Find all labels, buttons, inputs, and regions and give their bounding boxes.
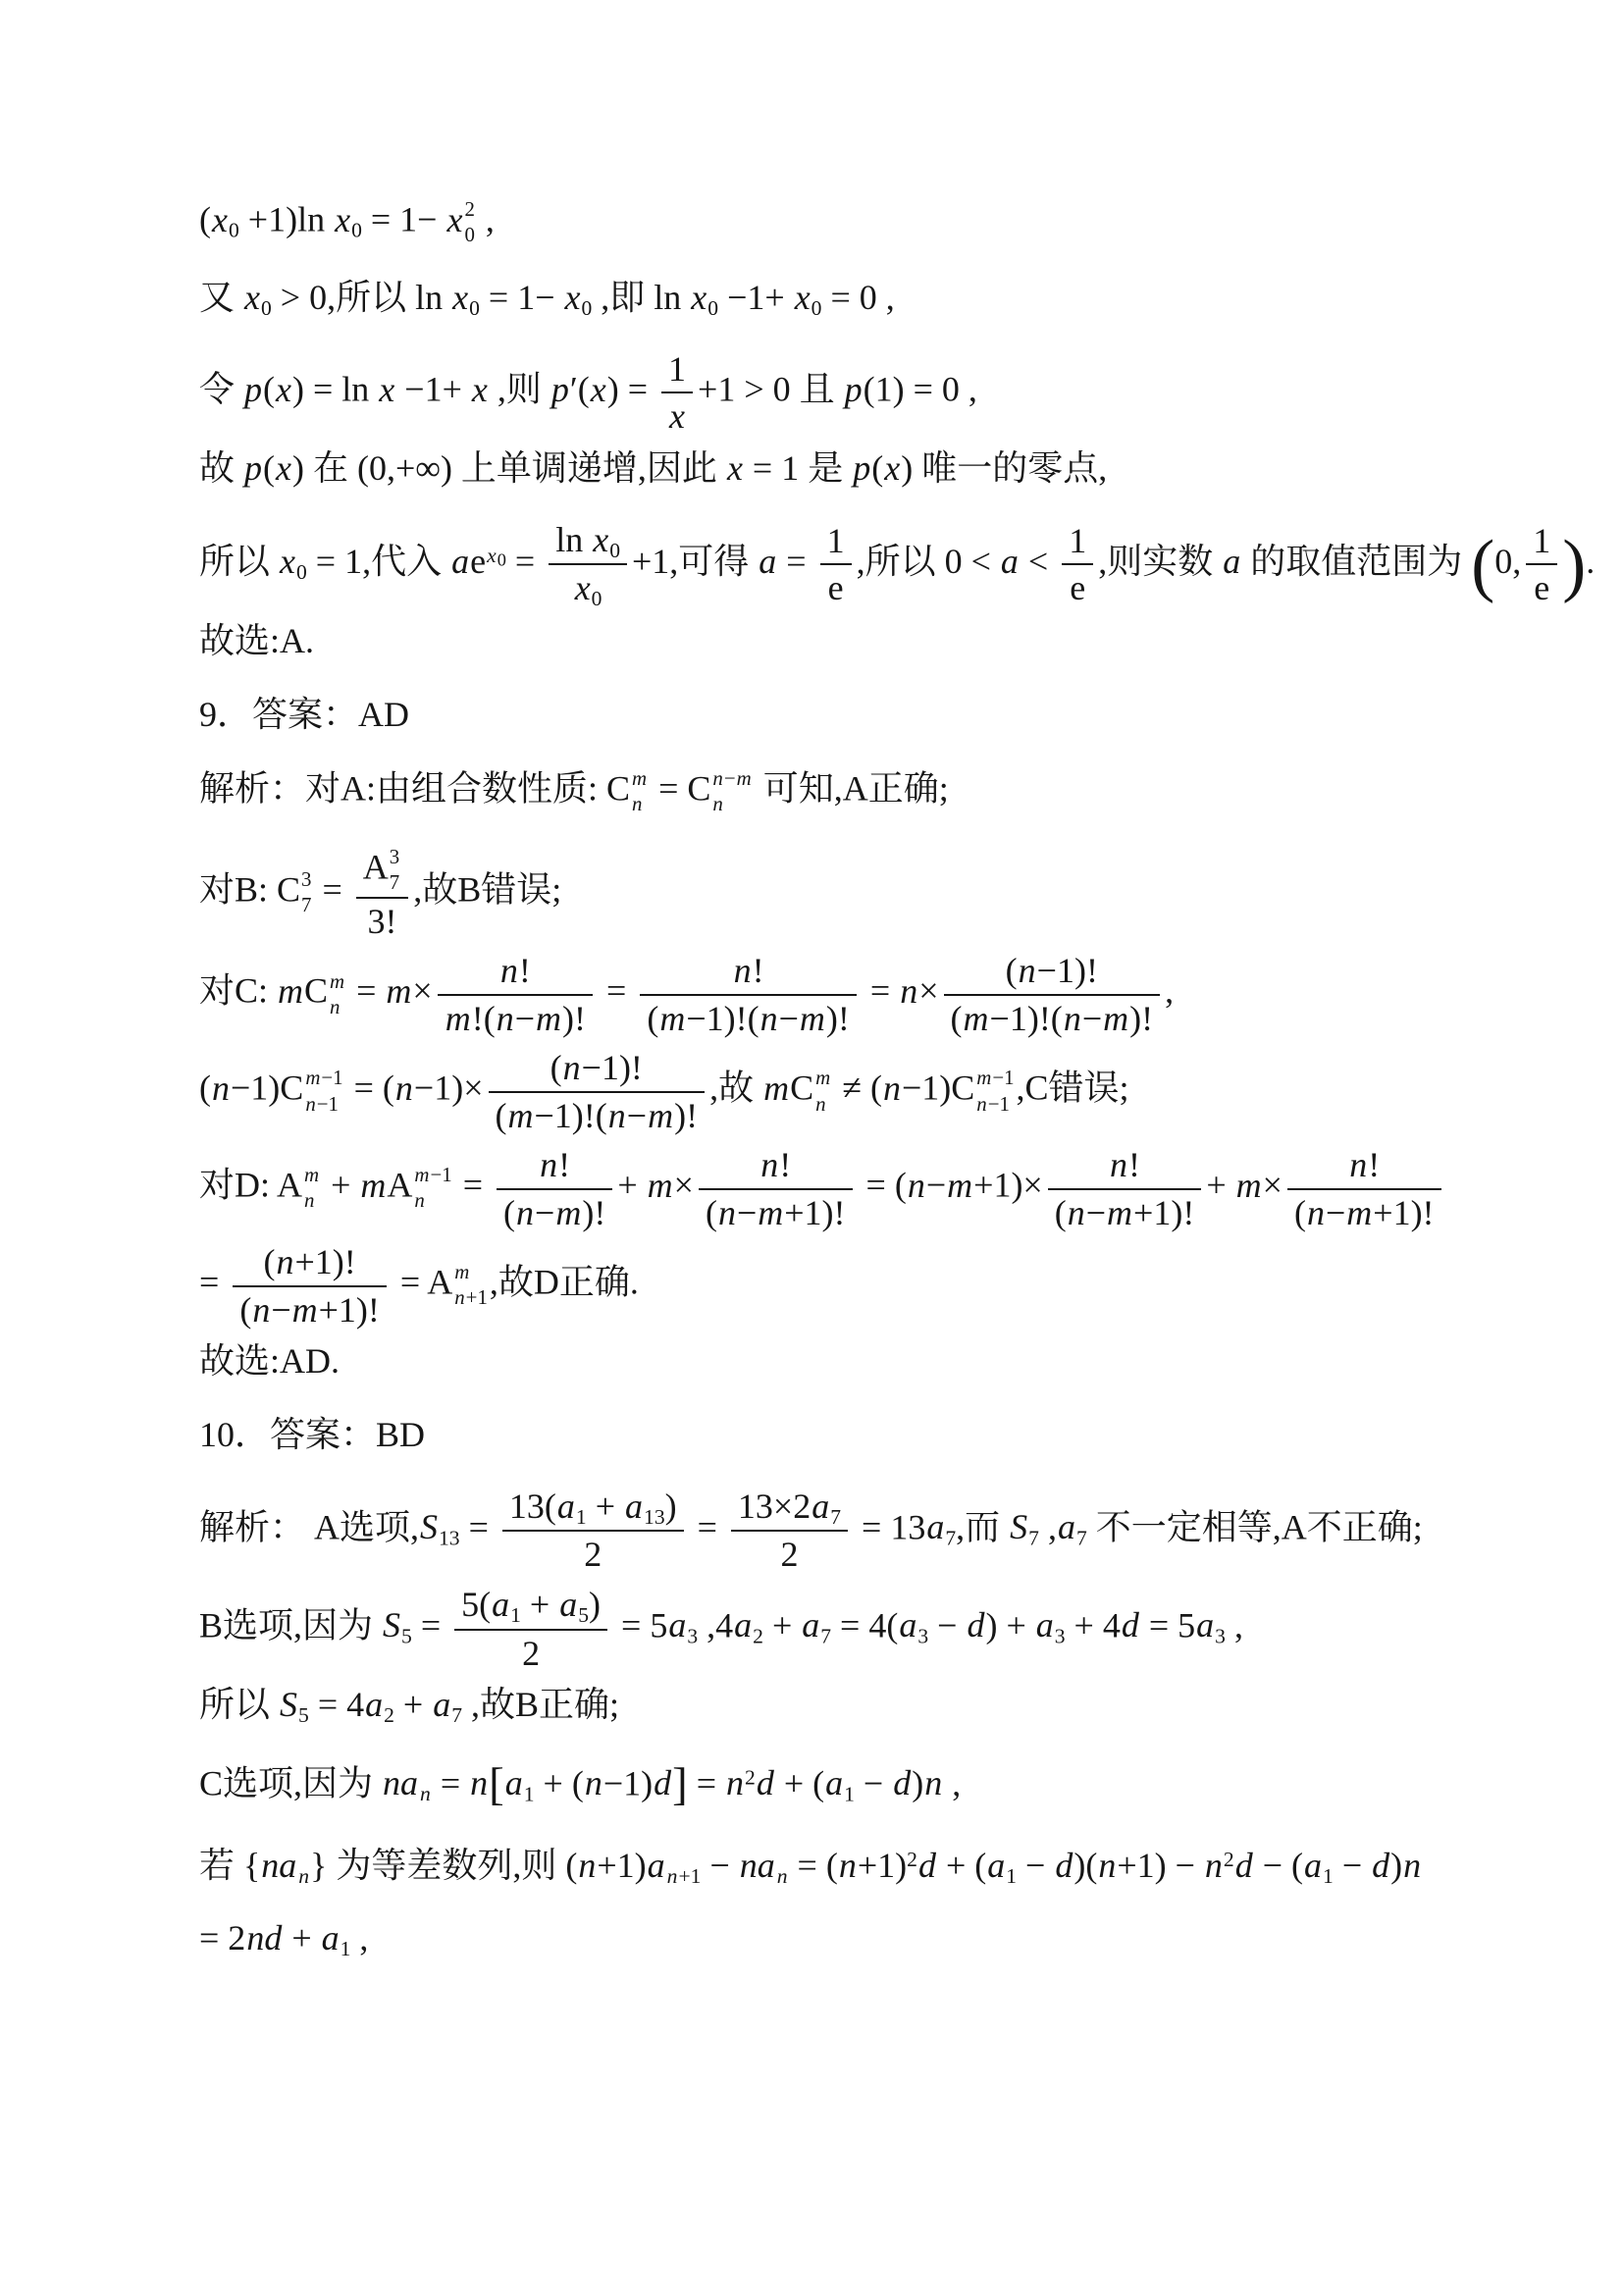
document-line-step-define-p: 令 p(x) = ln x −1+ x ,则 p′(x) = 1x+1 > 0 …	[199, 348, 1594, 438]
document-line-step-x0-positive: 又 x0 > 0,所以 ln x0 = 1− x0 ,即 ln x0 −1+ x…	[199, 275, 1594, 321]
document-line-step-monotonic: 故 p(x) 在 (0,+∞) 上单调递增,因此 x = 1 是 p(x) 唯一…	[199, 445, 1594, 492]
document-line-q9-option-d-part1: 对D: Amn + mAm−1n = n!(n−m)!+ m×n!(n−m+1)…	[199, 1144, 1594, 1233]
document-line-q9-option-c-part2: (n−1)Cm−1n−1 = (n−1)×(n−1)!(m−1)!(n−m)!,…	[199, 1047, 1594, 1136]
document-line-step-substitute-a-range: 所以 x0 = 1,代入 aex0 = ln x0x0+1,可得 a = 1e,…	[199, 519, 1594, 610]
document-line-eq-x0-log-identity: (x0 +1)ln x0 = 1− x20 ,	[199, 196, 1594, 247]
document-line-q9-option-d-part2: = (n+1)!(n−m+1)! = Amn+1,故D正确.	[199, 1241, 1594, 1331]
document-line-q10-option-a: 解析： A选项,S13 = 13(a1 + a13)2 = 13×2a72 = …	[199, 1486, 1594, 1576]
document-lines: (x0 +1)ln x0 = 1− x20 ,又 x0 > 0,所以 ln x0…	[199, 196, 1594, 1989]
document-line-conclusion-q8: 故选:A.	[199, 618, 1594, 664]
document-line-q10-option-c-part3: = 2nd + a1 ,	[199, 1915, 1594, 1961]
document-line-q9-option-a: 解析：对A:由组合数性质: Cmn = Cn−mn 可知,A正确;	[199, 765, 1594, 816]
document-line-q10-option-c-part1: C选项,因为 nan = n[a1 + (n−1)d] = n2d + (a1 …	[199, 1755, 1594, 1815]
document-line-q9-option-b: 对B: C37 = A373!,故B错误;	[199, 844, 1594, 943]
document-line-conclusion-q9: 故选:AD.	[199, 1338, 1594, 1384]
page: (x0 +1)ln x0 = 1− x20 ,又 x0 > 0,所以 ln x0…	[0, 0, 1623, 2296]
document-line-q9-answer: 9．答案：AD	[199, 692, 1594, 738]
document-line-q10-option-b-part1: B选项,因为 S5 = 5(a1 + a5)2 = 5a3 ,4a2 + a7 …	[199, 1584, 1594, 1674]
document-line-q10-option-c-part2: 若 {nan} 为等差数列,则 (n+1)an+1 − nan = (n+1)2…	[199, 1843, 1594, 1889]
document-line-q10-option-b-part2: 所以 S5 = 4a2 + a7 ,故B正确;	[199, 1682, 1594, 1728]
document-line-q10-answer: 10．答案：BD	[199, 1412, 1594, 1458]
document-line-q9-option-c-part1: 对C: mCmn = m×n!m!(n−m)! = n!(m−1)!(n−m)!…	[199, 950, 1594, 1039]
